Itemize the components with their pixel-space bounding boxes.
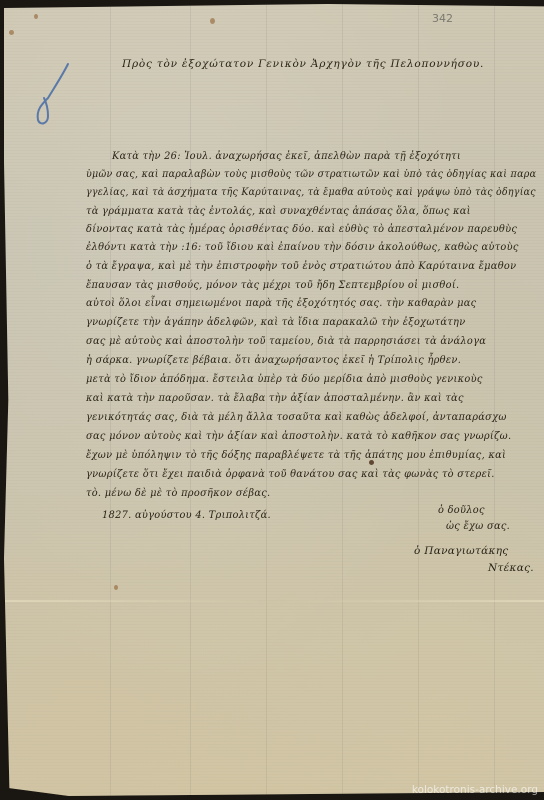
- body-line: δίνοντας κατὰ τὰς ἡμέρας ὁρισθέντας δύο.…: [86, 224, 517, 235]
- closing-line: ὁ δοῦλος: [438, 505, 485, 516]
- ink-stain: [34, 14, 38, 19]
- body-line: ὁ τὰ ἔγραψα, καὶ μὲ τὴν ἐπιστροφὴν τοῦ ἐ…: [86, 261, 516, 272]
- body-line: γενικότητάς σας, διὰ τὰ μέλη ἄλλα τοσαῦτ…: [86, 412, 507, 423]
- body-line: Κατὰ τὴν 26: Ἰουλ. ἀναχωρήσας ἐκεῖ, ἀπελ…: [112, 151, 461, 162]
- body-line: ἐλθόντι κατὰ τὴν :16: τοῦ ἴδιου καὶ ἐπαί…: [86, 242, 519, 253]
- body-line: ἔχων μὲ ὑπόληψιν τὸ τῆς δόξης παραβλέψετ…: [86, 450, 506, 461]
- body-line: μετὰ τὸ ἴδιον ἀπόδημα. ἔστειλα ὑπὲρ τὰ δ…: [86, 374, 483, 385]
- signature: ὁ Παναγιωτάκης: [414, 545, 509, 557]
- address-line: Πρὸς τὸν ἐξοχώτατον Γενικὸν Ἀρχηγὸν τῆς …: [122, 58, 484, 70]
- body-line: γνωρίζετε τὴν ἀγάπην ἀδελφῶν, καὶ τὰ ἴδι…: [86, 317, 465, 328]
- body-line: ἡ σάρκα. γνωρίζετε βέβαια. ὅτι ἀναχωρήσα…: [86, 355, 461, 366]
- date-line: 1827. αὐγούστου 4. Τριπολιτζά.: [102, 510, 271, 521]
- body-line: σας μόνον αὐτοὺς καὶ τὴν ἀξίαν καὶ ἀποστ…: [86, 431, 511, 442]
- body-line: ἔπαυσαν τὰς μισθούς, μόνον τὰς μέχρι τοῦ…: [86, 280, 459, 291]
- closing-line: ὡς ἔχω σας.: [446, 521, 510, 532]
- signature: Ντέκας.: [488, 562, 534, 574]
- body-line: αὐτοὶ ὅλοι εἶναι σημειωμένοι παρὰ τῆς ἐξ…: [86, 298, 476, 309]
- body-line: σας μὲ αὐτοὺς καὶ ἀποστολὴν τοῦ ταμείου,…: [86, 336, 486, 347]
- body-line: γνωρίζετε ὅτι ἔχει παιδιὰ ὀρφανὰ τοῦ θαν…: [86, 469, 495, 480]
- ink-stain: [114, 585, 118, 590]
- watermark: kolokotronis-archive.org: [412, 784, 538, 796]
- paper-fold-line: [4, 600, 544, 602]
- body-line: γγελίας, καὶ τὰ ἀσχήματα τῆς Καρύταινας,…: [86, 187, 536, 198]
- archive-number: 342: [432, 12, 453, 25]
- body-line: τὸ. μένω δὲ μὲ τὸ προσῆκον σέβας.: [86, 488, 270, 499]
- paper-chain-line: [494, 4, 495, 796]
- body-line: καὶ κατὰ τὴν παροῦσαν. τὰ ἔλαβα τὴν ἀξία…: [86, 393, 464, 404]
- ink-stain: [210, 18, 215, 24]
- ink-stain: [9, 30, 14, 35]
- body-line: ὑμῶν σας, καὶ παραλαβὼν τοὺς μισθοὺς τῶν…: [86, 169, 536, 180]
- pencil-mark-icon: [32, 62, 72, 126]
- body-line: τὰ γράμματα κατὰ τὰς ἐντολάς, καὶ συναχθ…: [86, 206, 471, 217]
